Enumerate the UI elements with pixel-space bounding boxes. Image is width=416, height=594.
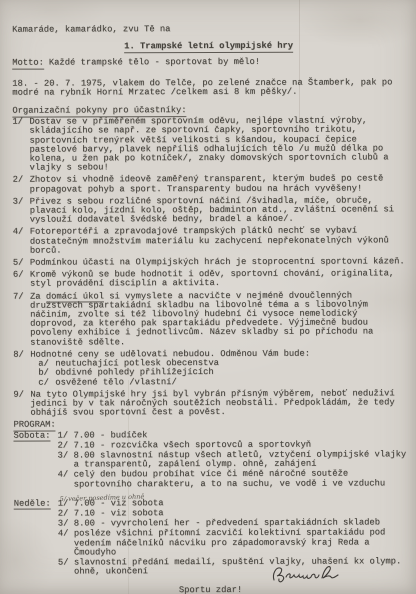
item-number: 1/	[12, 118, 29, 127]
item-text: Kromě výkonů se bude hodnotit i oděv, sp…	[30, 270, 406, 290]
item-number: 3/	[13, 197, 30, 206]
sub-item: c/osvěžené tělo /vlastní/	[38, 377, 406, 387]
item-text: Přivez s sebou rozličné sportovní náčiní…	[30, 196, 406, 225]
instruction-item: 3/ Přivez s sebou rozličné sportovní náč…	[13, 196, 406, 225]
motto-text: Každé trampské tělo - sportovat by mělo!	[49, 57, 260, 68]
item-text: Hodnotné ceny se udělovati nebudou. Odmě…	[30, 349, 406, 387]
motto-line: Motto:Každé trampské tělo - sportovat by…	[12, 58, 405, 69]
program-item: 4/posléze všichni přítomní zacvičí kolek…	[58, 529, 407, 558]
instruction-item: 5/ Podmínkou účasti na Olympijských hrác…	[13, 257, 406, 268]
instructions-heading-line: Organizační pokyny pro účastníky:	[12, 105, 405, 116]
item-number: 8/	[13, 351, 30, 360]
item-number: 2/	[13, 176, 30, 185]
typewritten-content: Kamaráde, kamarádko, zvu Tě na 1. Tramps…	[0, 0, 416, 594]
program-item: 5/slavnostní předání medailí, spuštění v…	[58, 557, 407, 577]
item-number: 6/	[13, 271, 30, 280]
program-item: 1/7.00 - budíček	[57, 430, 406, 440]
item-number: 4/	[13, 228, 30, 237]
item-number: 5/	[13, 259, 30, 268]
item-text: Fotoreportéři a zpravodajové trampských …	[30, 227, 406, 256]
item-text: slavnostní předání medailí, spuštění vla…	[74, 557, 407, 577]
sub-item-text: osvěžené tělo /vlastní/	[55, 378, 176, 388]
item-number: 2/	[58, 509, 74, 518]
closing-line: Sportu zdar!	[14, 586, 407, 594]
saturday-label-text: Sobota:	[13, 430, 50, 442]
sub-item-letter: c/	[38, 378, 55, 387]
item-number: 3/	[58, 520, 74, 529]
instruction-item: 8/ Hodnotné ceny se udělovati nebudou. O…	[13, 349, 406, 387]
title-line: 1. Trampské letní olympijské hry	[12, 42, 405, 53]
item-text: Podmínkou účasti na Olympijských hrách j…	[30, 257, 406, 268]
travel-info: 18. - 20. 7. 1975, vlakem do Telče, po z…	[12, 78, 405, 98]
saturday-items: 1/7.00 - budíček 2/7.10 - rozcvička všec…	[57, 430, 406, 490]
item-number: 1/	[57, 431, 73, 440]
item-text: 7.00 - budíček	[73, 430, 406, 440]
item-text: Zhotov si vhodně ideově zaměřený transpa…	[30, 175, 406, 195]
sunday-block: Neděle: 1/7.00 - viz sobota 2/7.10 - viz…	[14, 498, 407, 578]
item-text: Na tyto Olympijské hry jsi byl vybrán př…	[30, 389, 406, 418]
instruction-item: 7/ Za domácí úkol si vymyslete a nacvičt…	[13, 291, 406, 348]
item-number: 7/	[13, 292, 30, 301]
sunday-label: Neděle:	[14, 499, 58, 578]
sunday-label-text: Neděle:	[14, 498, 51, 510]
program-heading-line: PROGRAM:	[13, 420, 406, 431]
instruction-item: 2/ Zhotov si vhodně ideově zaměřený tran…	[13, 175, 406, 195]
saturday-block: Sobota: 1/7.00 - budíček 2/7.10 - rozcvi…	[13, 430, 406, 491]
instruction-item: 1/ Dostav se v přiměřeném sportovním odě…	[12, 117, 405, 174]
motto-label: Motto:	[12, 58, 44, 70]
handwritten-signature-icon	[268, 562, 340, 588]
program-item: 3/8.00 slavnostní nástup všech atletů, v…	[58, 450, 407, 470]
saturday-label: Sobota:	[13, 431, 57, 490]
item-number: 3/	[58, 451, 74, 469]
item-number: 2/	[58, 441, 74, 450]
instruction-item: 6/ Kromě výkonů se bude hodnotit i oděv,…	[13, 270, 406, 290]
item-number: 4/	[58, 530, 74, 558]
sunday-items: 1/7.00 - viz sobota 2/7.10 - viz sobota …	[58, 498, 407, 578]
item-text: posléze všichni přítomní zacvičí kolekti…	[74, 529, 407, 558]
instructions-list: 1/ Dostav se v přiměřeném sportovním odě…	[12, 117, 406, 418]
item-text: Dostav se v přiměřeném sportovním oděvu,…	[29, 117, 405, 174]
salutation: Kamaráde, kamarádko, zvu Tě na	[12, 24, 405, 35]
page-title: 1. Trampské letní olympijské hry	[124, 41, 293, 53]
item-text: Za domácí úkol si vymyslete a nacvičte v…	[30, 291, 406, 348]
item-number: 9/	[13, 390, 30, 399]
scanned-document: Kamaráde, kamarádko, zvu Tě na 1. Tramps…	[0, 0, 416, 594]
item-number: 4/	[58, 471, 74, 489]
item-number: 5/	[58, 558, 74, 576]
instruction-item: 4/ Fotoreportéři a zpravodajové trampský…	[13, 227, 406, 256]
instruction-item: 9/ Na tyto Olympijské hry jsi byl vybrán…	[13, 389, 406, 418]
item-text: 8.00 slavnostní nástup všech atletů, vzt…	[74, 450, 407, 470]
